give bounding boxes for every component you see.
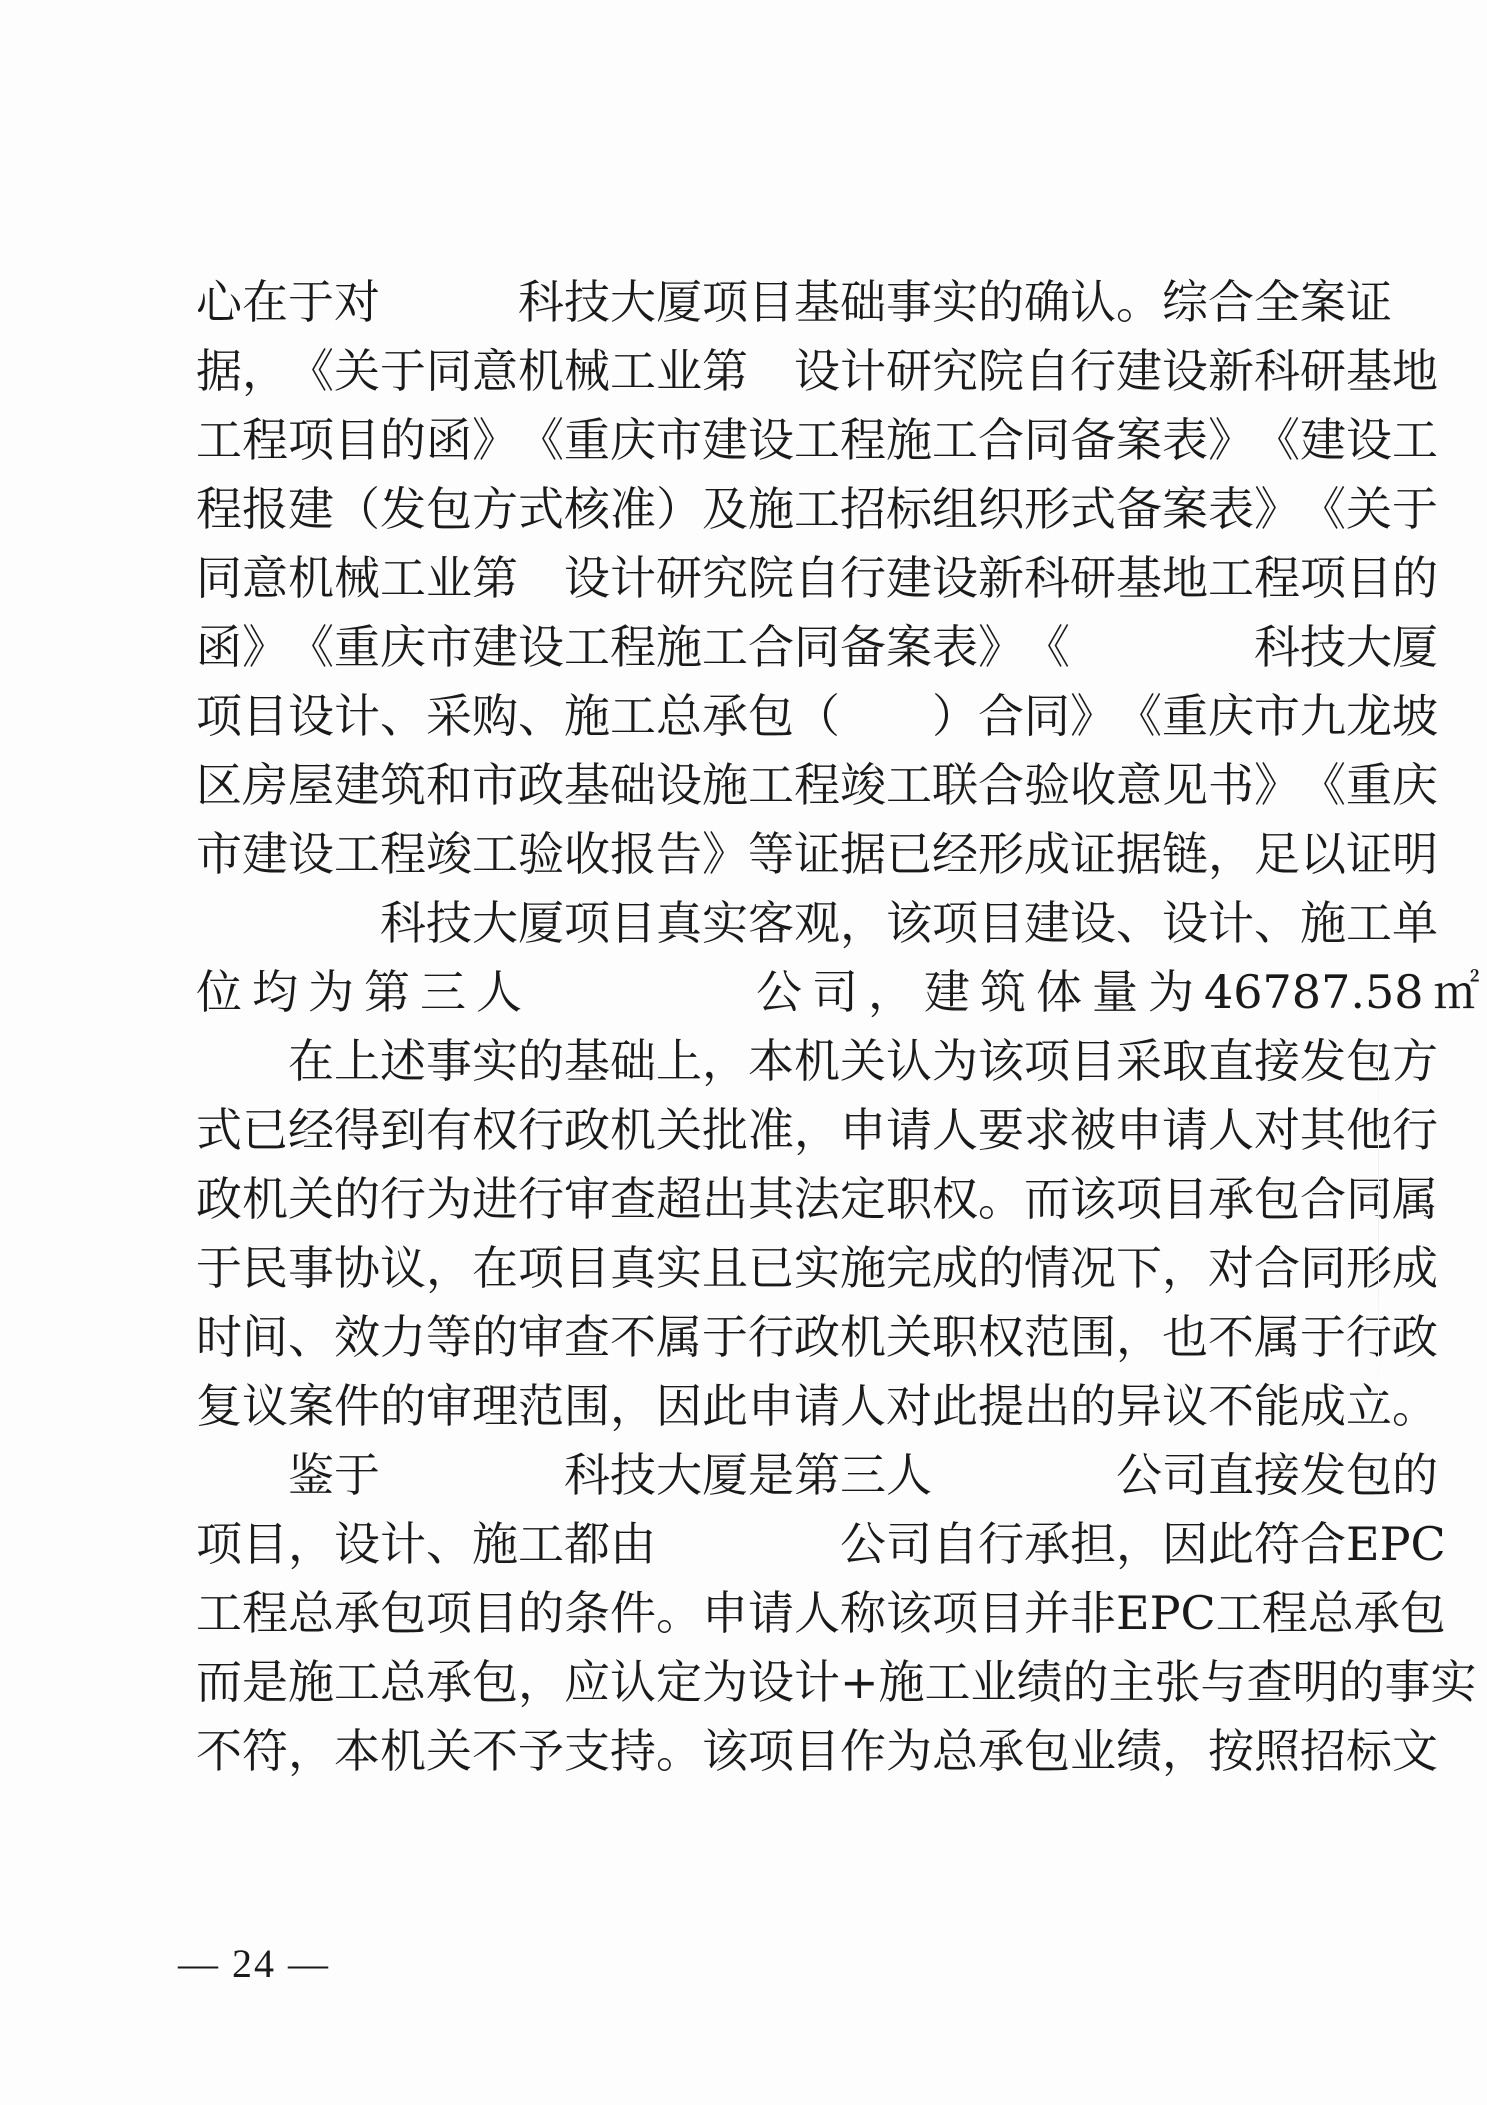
glyph: 竣 xyxy=(840,751,886,820)
redacted-blank xyxy=(518,1441,564,1510)
glyph: 程 xyxy=(242,406,288,475)
glyph: 在 xyxy=(288,1027,334,1096)
glyph: 包 xyxy=(472,1648,518,1717)
glyph: （ xyxy=(794,682,840,751)
glyph: 公 xyxy=(840,1510,886,1579)
glyph: 行 xyxy=(840,544,886,613)
glyph: 上 xyxy=(656,1027,702,1096)
glyph: 第 xyxy=(472,544,518,613)
glyph: 机 xyxy=(610,1096,656,1165)
glyph: 不 xyxy=(196,1717,242,1786)
text-line: 在上述事实的基础上，本机关认为该项目采取直接发包方 xyxy=(196,1027,1286,1096)
glyph: 施 xyxy=(840,1234,886,1303)
glyph: 计 xyxy=(1208,889,1254,958)
glyph: 市 xyxy=(1254,682,1300,751)
glyph: 且 xyxy=(702,1234,748,1303)
glyph: 项 xyxy=(1116,1165,1162,1234)
glyph: 承 xyxy=(426,1648,472,1717)
glyph: 包 xyxy=(1400,1579,1446,1648)
redacted-blank xyxy=(1116,613,1162,682)
glyph: 施 xyxy=(748,475,794,544)
glyph: 研 xyxy=(1070,544,1116,613)
glyph: 能 xyxy=(1254,1372,1300,1441)
glyph: 函 xyxy=(196,613,242,682)
glyph: 项 xyxy=(288,406,334,475)
glyph: 庆 xyxy=(610,406,656,475)
glyph: 因 xyxy=(1162,1510,1208,1579)
glyph: 此 xyxy=(702,1372,748,1441)
glyph: 发 xyxy=(1300,1027,1346,1096)
text-line: 市建设工程竣工验收报告》等证据已经形成证据链，足以证明 xyxy=(196,820,1286,889)
glyph: 协 xyxy=(334,1234,380,1303)
glyph: 招 xyxy=(840,475,886,544)
glyph: 权 xyxy=(932,1165,978,1234)
glyph: 本 xyxy=(748,1027,794,1096)
glyph: 表 xyxy=(932,613,978,682)
glyph: 已 xyxy=(242,1096,288,1165)
text-line: 式已经得到有权行政机关批准，申请人要求被申请人对其他行 xyxy=(196,1096,1286,1165)
glyph: 事 xyxy=(288,1234,334,1303)
glyph: 于 xyxy=(702,1303,748,1372)
glyph: 包 xyxy=(1346,1027,1392,1096)
redacted-blank xyxy=(288,889,334,958)
glyph: 技 xyxy=(564,268,610,337)
glyph: 的 xyxy=(518,1027,564,1096)
glyph: 出 xyxy=(702,1165,748,1234)
glyph: 效 xyxy=(334,1303,380,1372)
glyph: 证 xyxy=(1346,820,1392,889)
glyph: 围 xyxy=(1070,1303,1116,1372)
glyph: 的 xyxy=(1070,1372,1116,1441)
glyph: 》 xyxy=(242,613,288,682)
glyph: 究 xyxy=(932,337,978,406)
redacted-blank xyxy=(472,1441,518,1510)
glyph: 院 xyxy=(748,544,794,613)
glyph: 承 xyxy=(1024,1510,1070,1579)
glyph: 技 xyxy=(426,889,472,958)
glyph: 包 xyxy=(380,1579,426,1648)
glyph: 科 xyxy=(1024,544,1070,613)
glyph: 计 xyxy=(334,682,380,751)
glyph: 项 xyxy=(564,889,610,958)
document-page: 心在于对 科技大厦项目基础事实的确认。综合全案证 据，《关于同意机械工业第 设计… xyxy=(0,0,1487,2105)
glyph: 实 xyxy=(1431,1648,1477,1717)
redacted-blank xyxy=(644,958,690,1027)
redacted-blank xyxy=(380,1441,426,1510)
glyph: 庆 xyxy=(380,613,426,682)
text-line: 而是施工总承包，应认定为设计+施工业绩的主张与查明的事实 xyxy=(196,1648,1286,1717)
glyph: 收 xyxy=(1070,751,1116,820)
glyph: 目 xyxy=(472,1579,518,1648)
glyph: 程 xyxy=(1254,544,1300,613)
glyph: 设 xyxy=(1162,889,1208,958)
glyph: 的 xyxy=(1339,1648,1385,1717)
glyph: 目 xyxy=(242,682,288,751)
glyph: 和 xyxy=(426,751,472,820)
glyph: 包 xyxy=(1254,1165,1300,1234)
glyph: 筑 xyxy=(380,751,426,820)
glyph: ， xyxy=(1162,1234,1208,1303)
glyph: 》 xyxy=(702,820,748,889)
glyph: 总 xyxy=(288,1579,334,1648)
glyph: 施 xyxy=(656,613,702,682)
glyph: 案 xyxy=(1116,406,1162,475)
glyph: 同 xyxy=(1300,1234,1346,1303)
glyph: 庆 xyxy=(1208,682,1254,751)
glyph: 关 xyxy=(886,1303,932,1372)
glyph: 工 xyxy=(1208,544,1254,613)
redacted-blank xyxy=(1024,1441,1070,1510)
glyph: 、 xyxy=(288,1303,334,1372)
glyph: 形 xyxy=(1024,475,1070,544)
glyph: 设 xyxy=(656,751,702,820)
glyph: 院 xyxy=(978,337,1024,406)
redacted-blank xyxy=(426,1441,472,1510)
glyph: 该 xyxy=(702,1717,748,1786)
text-line: 不符，本机关不予支持。该项目作为总承包业绩，按照招标文 xyxy=(196,1717,1286,1786)
glyph: 取 xyxy=(1162,1027,1208,1096)
glyph: 该 xyxy=(886,1579,932,1648)
glyph: 链 xyxy=(1162,820,1208,889)
glyph: 直 xyxy=(1208,1441,1254,1510)
glyph: 表 xyxy=(1208,475,1254,544)
glyph: 的 xyxy=(472,1303,518,1372)
glyph: 。 xyxy=(656,1579,702,1648)
glyph: 法 xyxy=(794,1165,840,1234)
glyph: 条 xyxy=(564,1579,610,1648)
redacted-blank xyxy=(472,268,518,337)
glyph: 为 xyxy=(1148,958,1194,1027)
glyph: 同 xyxy=(794,613,840,682)
glyph: 合 xyxy=(1300,1165,1346,1234)
glyph: 查 xyxy=(564,1303,610,1372)
glyph: 同 xyxy=(426,337,472,406)
glyph: 工 xyxy=(610,337,656,406)
glyph: 大 xyxy=(472,889,518,958)
glyph: 明 xyxy=(1392,820,1438,889)
glyph: 属 xyxy=(1392,1165,1438,1234)
glyph: 程 xyxy=(794,751,840,820)
glyph: 三 xyxy=(840,1441,886,1510)
glyph: 科 xyxy=(380,889,426,958)
text-line: 时间、效力等的审查不属于行政机关职权范围，也不属于行政 xyxy=(196,1303,1286,1372)
text-line: 函》《重庆市建设工程施工合同备案表》《 科技大厦 xyxy=(196,613,1286,682)
glyph: 观 xyxy=(794,889,840,958)
glyph: 属 xyxy=(656,1303,702,1372)
glyph: ， xyxy=(1116,1303,1162,1372)
glyph: 合 xyxy=(978,751,1024,820)
text-line: 于民事协议，在项目真实且已实施完成的情况下，对合同形成 xyxy=(196,1234,1286,1303)
glyph: 请 xyxy=(794,1372,840,1441)
glyph: 等 xyxy=(748,820,794,889)
text-line: 项目，设计、施工都由 公司自行承担，因此符合EPC xyxy=(196,1510,1286,1579)
glyph: 程 xyxy=(196,475,242,544)
glyph: 方 xyxy=(472,475,518,544)
glyph: 建 xyxy=(702,406,748,475)
redacted-blank xyxy=(702,1510,748,1579)
glyph: 由 xyxy=(610,1510,656,1579)
glyph: 设 xyxy=(1070,889,1116,958)
glyph: 目 xyxy=(334,406,380,475)
glyph: 议 xyxy=(242,1372,288,1441)
glyph: 据 xyxy=(840,820,886,889)
glyph: 采 xyxy=(1116,1027,1162,1096)
glyph: 、 xyxy=(426,1510,472,1579)
redacted-blank xyxy=(334,889,380,958)
glyph: 绩 xyxy=(1116,1717,1162,1786)
glyph: 为 xyxy=(886,1717,932,1786)
glyph: 采 xyxy=(426,682,472,751)
glyph: 计 xyxy=(380,1510,426,1579)
glyph: 程 xyxy=(380,820,426,889)
glyph: 下 xyxy=(1116,1234,1162,1303)
glyph: 项 xyxy=(702,268,748,337)
glyph: 重 xyxy=(334,613,380,682)
glyph: 权 xyxy=(978,1303,1024,1372)
glyph: 《 xyxy=(1300,475,1346,544)
glyph: 科 xyxy=(564,1441,610,1510)
glyph: 市 xyxy=(656,406,702,475)
glyph: 设 xyxy=(748,1648,794,1717)
glyph: 请 xyxy=(886,1096,932,1165)
glyph: （ xyxy=(334,475,380,544)
glyph: 础 xyxy=(610,751,656,820)
glyph: 《 xyxy=(518,406,564,475)
glyph: 市 xyxy=(196,820,242,889)
glyph: 意 xyxy=(242,544,288,613)
glyph: 机 xyxy=(380,1717,426,1786)
glyph: 械 xyxy=(334,544,380,613)
glyph: 其 xyxy=(748,1165,794,1234)
body-text: 心在于对 科技大厦项目基础事实的确认。综合全案证 据，《关于同意机械工业第 设计… xyxy=(196,268,1286,1786)
glyph: 龙 xyxy=(1346,682,1392,751)
glyph: 设 xyxy=(564,544,610,613)
glyph: 验 xyxy=(1024,751,1070,820)
glyph: 行 xyxy=(748,1303,794,1372)
glyph: 式 xyxy=(196,1096,242,1165)
glyph: 机 xyxy=(840,1303,886,1372)
glyph: 符 xyxy=(1254,1510,1300,1579)
glyph: 主 xyxy=(1109,1648,1155,1717)
glyph: 目 xyxy=(748,268,794,337)
glyph: 计 xyxy=(610,544,656,613)
glyph: 研 xyxy=(656,544,702,613)
glyph: 九 xyxy=(1300,682,1346,751)
glyph: 》 xyxy=(472,406,518,475)
glyph: 意 xyxy=(472,337,518,406)
glyph: 心 xyxy=(196,268,242,337)
glyph: 基 xyxy=(564,751,610,820)
glyph: 程 xyxy=(610,613,656,682)
glyph: 自 xyxy=(932,1510,978,1579)
glyph: 区 xyxy=(196,751,242,820)
glyph: 《 xyxy=(288,613,334,682)
glyph: 并 xyxy=(1024,1579,1070,1648)
glyph: 也 xyxy=(1162,1303,1208,1372)
glyph: 标 xyxy=(886,475,932,544)
glyph: 目 xyxy=(978,1579,1024,1648)
redacted-blank xyxy=(242,889,288,958)
glyph: 据 xyxy=(196,337,242,406)
glyph: 。 xyxy=(1392,1372,1438,1441)
glyph: 标 xyxy=(1346,1717,1392,1786)
glyph: 重 xyxy=(1162,682,1208,751)
glyph: 按 xyxy=(1208,1717,1254,1786)
glyph: 形 xyxy=(978,820,1024,889)
text-line: 心在于对 科技大厦项目基础事实的确认。综合全案证 xyxy=(196,268,1286,337)
glyph: 合 xyxy=(1208,268,1254,337)
redacted-blank xyxy=(532,958,578,1027)
glyph: 招 xyxy=(1300,1717,1346,1786)
glyph: 建 xyxy=(1024,889,1070,958)
text-line: 科技大厦项目真实客观，该项目建设、设计、施工单 xyxy=(196,889,1286,958)
glyph: 与 xyxy=(1201,1648,1247,1717)
glyph: 审 xyxy=(426,1372,472,1441)
glyph: 于 xyxy=(1392,475,1438,544)
glyph: 人 xyxy=(886,1441,932,1510)
glyph: 式 xyxy=(1070,475,1116,544)
glyph: 请 xyxy=(748,1579,794,1648)
glyph: 工 xyxy=(518,1510,564,1579)
glyph: 业 xyxy=(971,1648,1017,1717)
glyph: 实 xyxy=(932,268,978,337)
glyph: 形 xyxy=(1346,1234,1392,1303)
glyph: 行 xyxy=(518,1165,564,1234)
glyph: 承 xyxy=(1354,1579,1400,1648)
glyph: 报 xyxy=(610,820,656,889)
glyph: 准 xyxy=(748,1096,794,1165)
glyph: 自 xyxy=(794,544,840,613)
glyph: 政 xyxy=(518,751,564,820)
glyph: 为 xyxy=(308,958,354,1027)
glyph: 他 xyxy=(1346,1096,1392,1165)
glyph: 承 xyxy=(978,1717,1024,1786)
glyph: 工 xyxy=(702,613,748,682)
glyph: 目 xyxy=(794,1717,840,1786)
glyph: 承 xyxy=(334,1579,380,1648)
glyph: 目 xyxy=(242,1510,288,1579)
text-line: 工程总承包项目的条件。申请人称该项目并非EPC工程总承包 xyxy=(196,1579,1286,1648)
glyph: 包 xyxy=(1346,1441,1392,1510)
glyph: 总 xyxy=(1308,1579,1354,1648)
glyph: 请 xyxy=(1162,1096,1208,1165)
glyph: 基 xyxy=(1116,544,1162,613)
glyph: 》 xyxy=(1070,682,1116,751)
glyph: 庆 xyxy=(1392,751,1438,820)
glyph: 力 xyxy=(380,1303,426,1372)
glyph: 项 xyxy=(932,1579,978,1648)
glyph: 工 xyxy=(794,475,840,544)
glyph: 科 xyxy=(1254,337,1300,406)
redacted-blank xyxy=(932,1441,978,1510)
glyph: 科 xyxy=(518,268,564,337)
redacted-blank xyxy=(426,268,472,337)
glyph: 批 xyxy=(702,1096,748,1165)
glyph: 是 xyxy=(748,1441,794,1510)
glyph: ） xyxy=(932,682,978,751)
text-line: 同意机械工业第 设计研究院自行建设新科研基地工程项目的 xyxy=(196,544,1286,613)
glyph: 超 xyxy=(656,1165,702,1234)
glyph: 司 xyxy=(1162,1441,1208,1510)
glyph: 程 xyxy=(840,406,886,475)
text-line: 工程项目的函》《重庆市建设工程施工合同备案表》《建设工 xyxy=(196,406,1286,475)
glyph: 的 xyxy=(1063,1648,1109,1717)
glyph: 报 xyxy=(242,475,288,544)
glyph: 建 xyxy=(1300,406,1346,475)
glyph: 查 xyxy=(610,1165,656,1234)
glyph: 行 xyxy=(1392,1096,1438,1165)
glyph: 函 xyxy=(426,406,472,475)
glyph: 建 xyxy=(1116,337,1162,406)
glyph: 件 xyxy=(610,1579,656,1648)
glyph: 施 xyxy=(1300,889,1346,958)
glyph: 行 xyxy=(380,1165,426,1234)
glyph: 包 xyxy=(748,682,794,751)
glyph: 据 xyxy=(1116,820,1162,889)
glyph: 购 xyxy=(472,682,518,751)
glyph: 目 xyxy=(1346,544,1392,613)
text-line: 项目设计、采购、施工总承包（ ）合同》《重庆市九龙坡 xyxy=(196,682,1286,751)
glyph: 工 xyxy=(196,1579,242,1648)
glyph: 准 xyxy=(610,475,656,544)
glyph: 联 xyxy=(932,751,978,820)
glyph: 合 xyxy=(978,682,1024,751)
glyph: 。 xyxy=(978,1165,1024,1234)
glyph: 该 xyxy=(886,889,932,958)
glyph: 证 xyxy=(1346,268,1392,337)
glyph: 市 xyxy=(426,613,472,682)
glyph: 程 xyxy=(242,1579,288,1648)
glyph: 》 xyxy=(1254,751,1300,820)
glyph: 实 xyxy=(656,1234,702,1303)
glyph: 事 xyxy=(886,268,932,337)
glyph: 申 xyxy=(1116,1096,1162,1165)
glyph: 机 xyxy=(794,1027,840,1096)
glyph: 成 xyxy=(1300,1372,1346,1441)
glyph: 行 xyxy=(518,1096,564,1165)
redacted-blank xyxy=(1162,613,1208,682)
glyph: 目 xyxy=(1162,1165,1208,1234)
glyph: 屋 xyxy=(288,751,334,820)
glyph: 鉴 xyxy=(288,1441,334,1510)
glyph: 施 xyxy=(472,1510,518,1579)
glyph: 项 xyxy=(196,1510,242,1579)
redacted-blank xyxy=(196,1027,242,1096)
glyph: 的 xyxy=(380,1372,426,1441)
glyph: 在 xyxy=(472,1234,518,1303)
glyph: 间 xyxy=(242,1303,288,1372)
page-number: — 24 — xyxy=(178,1940,330,1987)
glyph: EPC xyxy=(1346,1510,1446,1579)
glyph: 、 xyxy=(1116,889,1162,958)
glyph: 不 xyxy=(1208,1303,1254,1372)
glyph: 大 xyxy=(1346,613,1392,682)
glyph: 议 xyxy=(1162,1372,1208,1441)
glyph: 实 xyxy=(702,889,748,958)
glyph: 总 xyxy=(380,1648,426,1717)
glyph: 同 xyxy=(1346,1165,1392,1234)
glyph: 告 xyxy=(656,820,702,889)
glyph: 书 xyxy=(1208,751,1254,820)
glyph: 备 xyxy=(1116,475,1162,544)
glyph: 承 xyxy=(1208,1165,1254,1234)
glyph: 人 xyxy=(840,1372,886,1441)
glyph: 市 xyxy=(472,751,518,820)
glyph: 建 xyxy=(924,958,970,1027)
glyph: 技 xyxy=(1300,613,1346,682)
glyph: 研 xyxy=(1300,337,1346,406)
glyph: 备 xyxy=(840,613,886,682)
